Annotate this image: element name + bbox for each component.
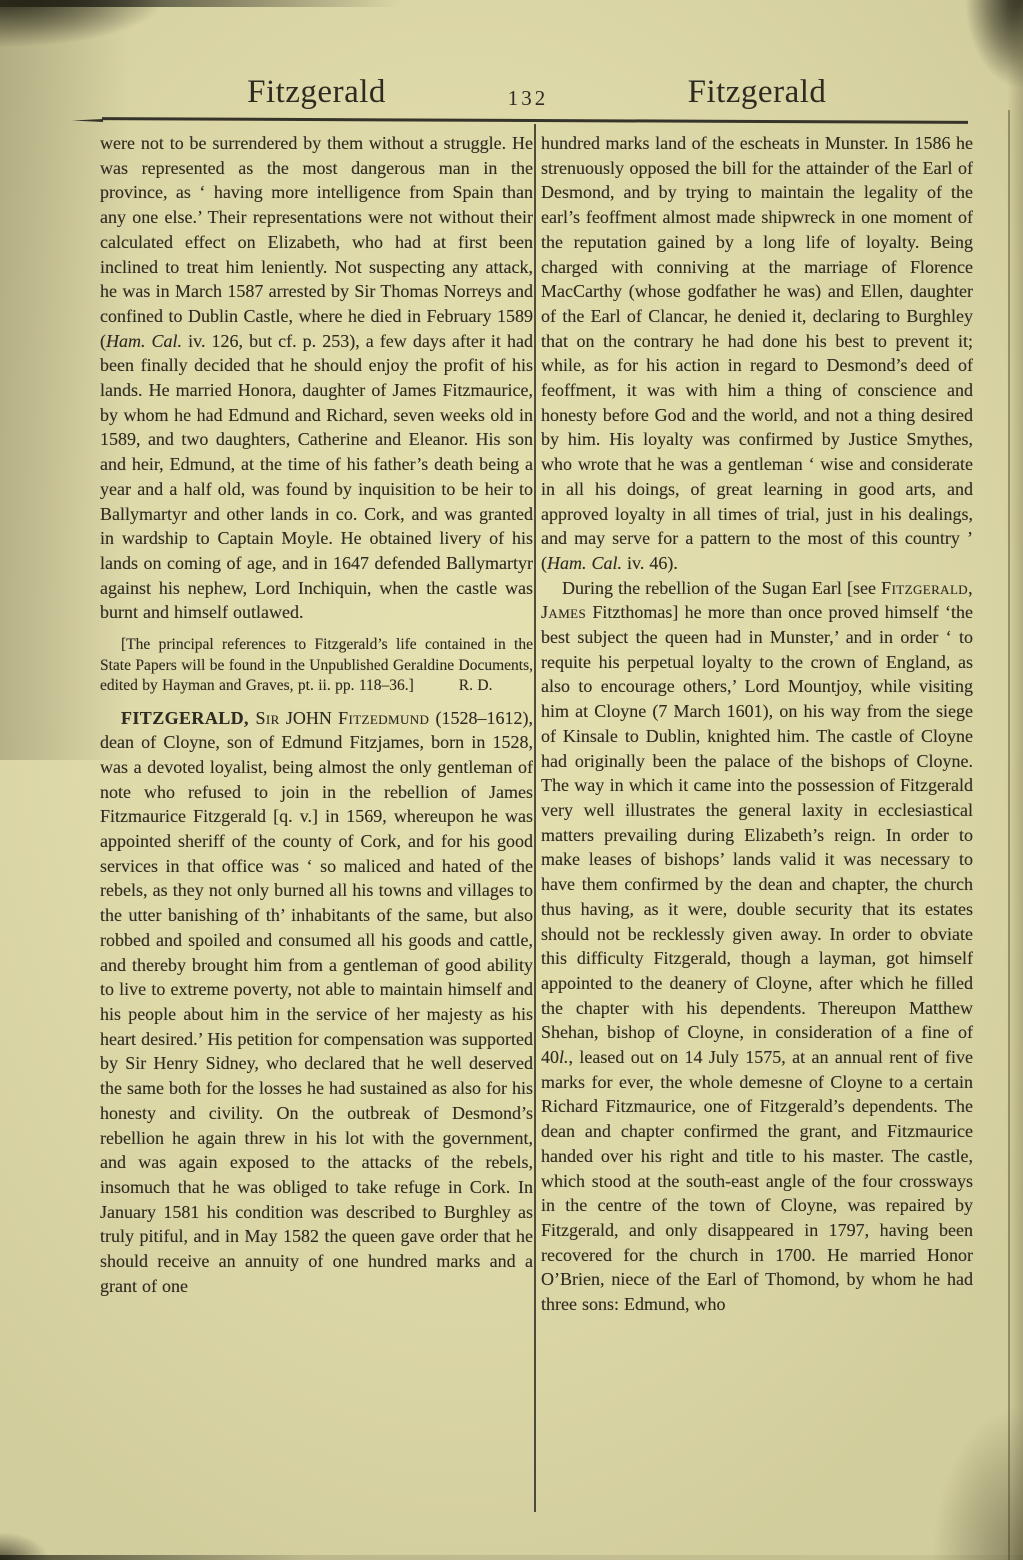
text-segment: Ham. Cal.	[547, 553, 622, 573]
header-rule-tip	[72, 119, 103, 122]
text-segment: R. D.	[438, 676, 493, 697]
text-segment: iv. 126, but cf. p. 253), a few days aft…	[100, 331, 533, 623]
scanned-book-page: { "page": { "header": { "left_title": "F…	[0, 0, 1023, 1560]
paragraph: were not to be surrendered by them witho…	[100, 131, 533, 625]
header-rule	[102, 117, 968, 124]
text-segment: Ham. Cal.	[106, 331, 182, 351]
paragraph: During the rebellion of the Sugan Earl […	[541, 576, 973, 1317]
text-segment: Fitzedmund	[338, 708, 429, 728]
scan-edge-bottom	[0, 1555, 1023, 1560]
text-segment: (1528–1612), dean of Cloyne, son of Edmu…	[100, 708, 533, 1296]
text-segment: , leased out on 14 July 1575, at an annu…	[541, 1047, 973, 1314]
text-segment: Sir	[256, 708, 280, 728]
text-segment: JOHN	[280, 708, 338, 728]
scan-edge-top	[0, 0, 400, 7]
page-edge-line	[1008, 110, 1010, 1560]
column-divider	[534, 124, 536, 1512]
paragraph: hundred marks land of the escheats in Mu…	[541, 131, 973, 576]
scan-edge-right-band	[1007, 0, 1023, 1560]
running-head-left-title: Fitzgerald	[100, 74, 533, 111]
paragraph: [The principal references to Fitzgerald’…	[100, 635, 533, 697]
text-column-left: were not to be surrendered by them witho…	[100, 131, 533, 1531]
text-column-right: hundred marks land of the escheats in Mu…	[541, 131, 973, 1551]
text-segment: were not to be surrendered by them witho…	[100, 133, 533, 351]
text-segment: hundred marks land of the escheats in Mu…	[541, 133, 973, 573]
text-segment: FITZGERALD,	[121, 708, 256, 728]
running-head-right-title: Fitzgerald	[541, 74, 973, 111]
text-segment: iv. 46).	[622, 553, 678, 573]
text-segment: Fitzthomas] he more than once proved him…	[541, 602, 973, 1067]
paragraph: FITZGERALD, Sir JOHN Fitzedmund (1528–16…	[100, 706, 533, 1299]
text-segment: During the rebellion of the Sugan Earl […	[562, 578, 881, 598]
scan-shadow-top-right	[933, 0, 1023, 140]
scan-shadow-bottom-left	[0, 1514, 80, 1560]
text-segment: l.	[559, 1047, 569, 1067]
